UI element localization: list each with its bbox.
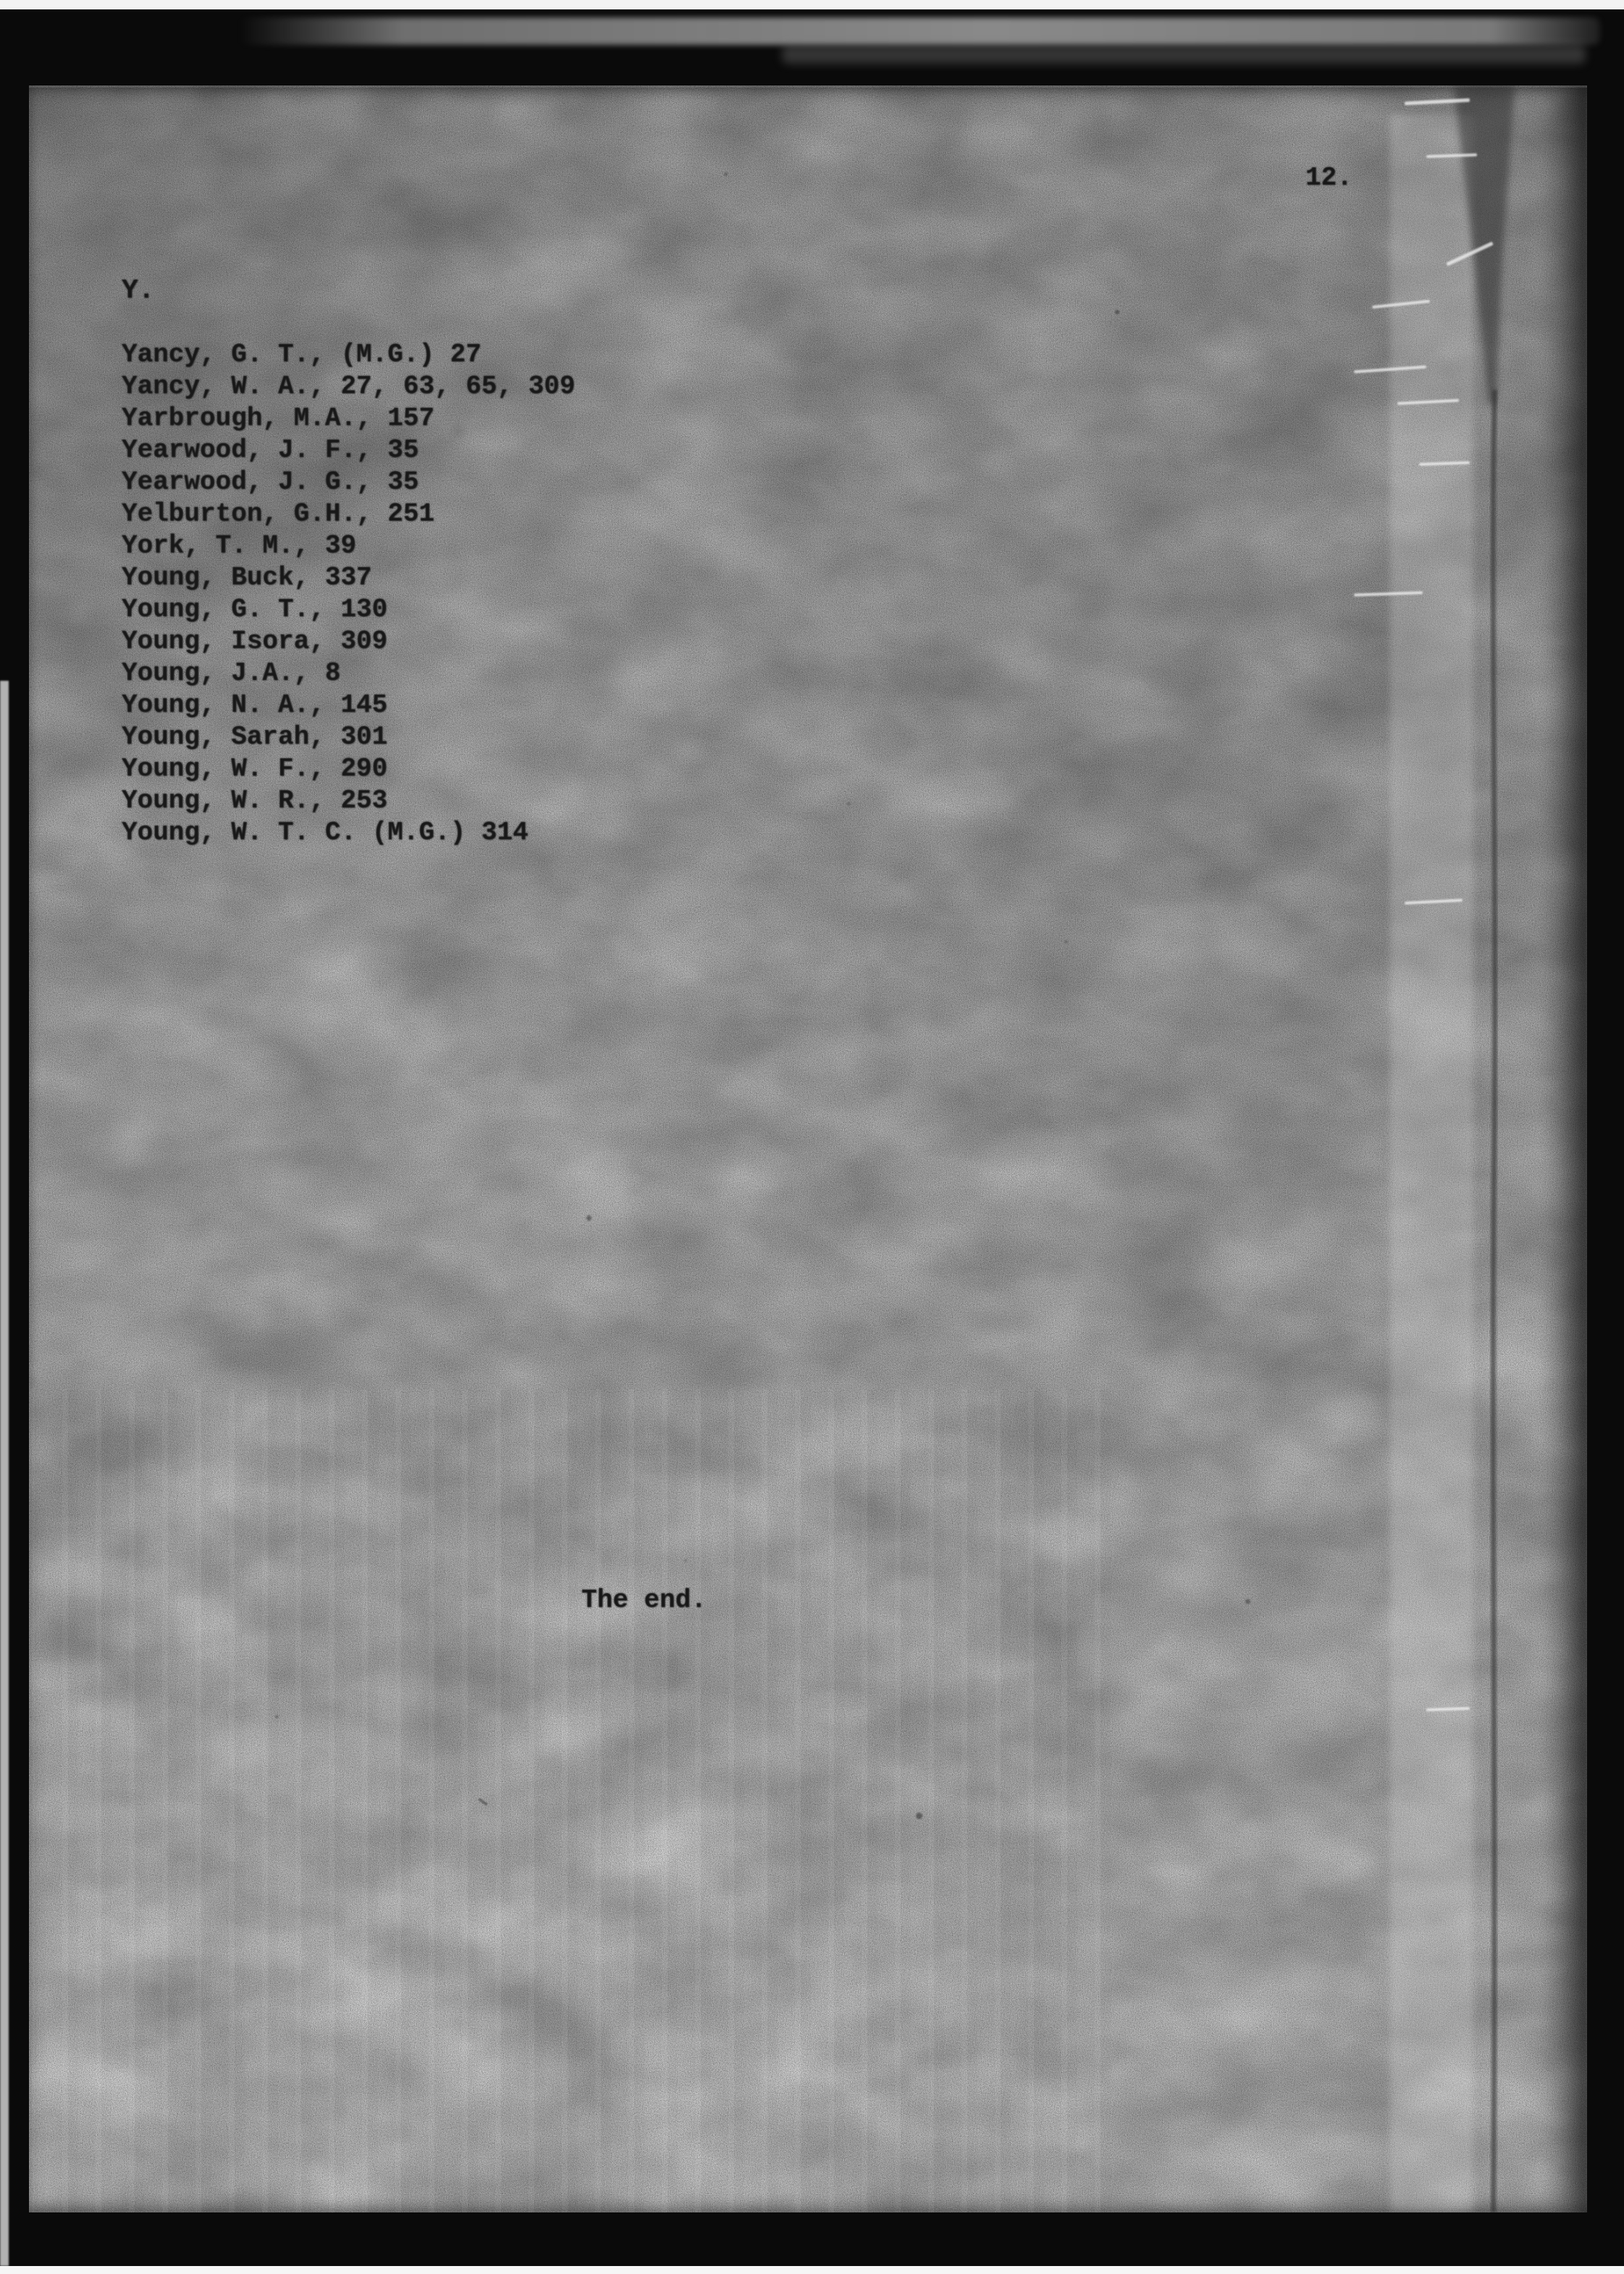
scratch-mark — [1397, 399, 1459, 405]
index-entry: Yancy, G. T., (M.G.) 27 — [122, 339, 576, 371]
scratch-mark — [1446, 241, 1494, 266]
scratch-mark — [1405, 899, 1463, 905]
scratch-mark — [1372, 300, 1430, 309]
index-entry: Young, W. F., 290 — [122, 753, 576, 785]
scratch-mark — [1426, 1707, 1470, 1711]
index-entry: Young, W. R., 253 — [122, 785, 576, 817]
scan-glare-streak-secondary — [782, 45, 1586, 64]
index-entry: York, T. M., 39 — [122, 530, 576, 562]
dust-speck — [1064, 940, 1068, 944]
dust-speck — [586, 1215, 592, 1221]
index-entry: Yarbrough, M.A., 157 — [122, 403, 576, 435]
dust-speck — [1115, 310, 1119, 314]
scan-border-top — [0, 0, 1624, 9]
index-entry: Yancy, W. A., 27, 63, 65, 309 — [122, 371, 576, 403]
scratch-mark — [1405, 98, 1470, 106]
section-heading: Y. — [122, 275, 155, 307]
dust-speck — [724, 172, 728, 176]
scratch-mark — [1354, 591, 1423, 596]
index-entry: Yearwood, J. F., 35 — [122, 435, 576, 466]
scratch-mark — [1354, 366, 1426, 374]
index-entry: Young, Buck, 337 — [122, 562, 576, 594]
index-entry: Young, J.A., 8 — [122, 658, 576, 689]
scratch-mark — [1426, 154, 1477, 158]
index-entry: Young, G. T., 130 — [122, 594, 576, 626]
dust-speck — [1245, 1599, 1250, 1604]
scan-border-left-sliver — [0, 681, 9, 2266]
index-entry: Young, W. T. C. (M.G.) 314 — [122, 817, 576, 849]
scratch-mark — [1419, 461, 1470, 466]
index-entry: Yelburton, G.H., 251 — [122, 498, 576, 530]
index-entry: Young, Sarah, 301 — [122, 721, 576, 753]
index-entry: Yearwood, J. G., 35 — [122, 466, 576, 498]
index-entry: Young, Isora, 309 — [122, 626, 576, 658]
scan-border-bottom — [0, 2266, 1624, 2274]
scan-glare-streak — [239, 17, 1600, 45]
paper-sheet: 12. Y. Yancy, G. T., (M.G.) 27Yancy, W. … — [29, 85, 1587, 2212]
scan-banding — [29, 1389, 1115, 2212]
index-list: Yancy, G. T., (M.G.) 27Yancy, W. A., 27,… — [122, 339, 576, 849]
dust-speck — [847, 802, 850, 805]
page-number: 12. — [1305, 162, 1352, 194]
index-entry: Young, N. A., 145 — [122, 689, 576, 721]
footer-text: The end. — [581, 1585, 707, 1616]
scanned-document: { "page": { "number_label": "12.", "sect… — [0, 0, 1624, 2274]
